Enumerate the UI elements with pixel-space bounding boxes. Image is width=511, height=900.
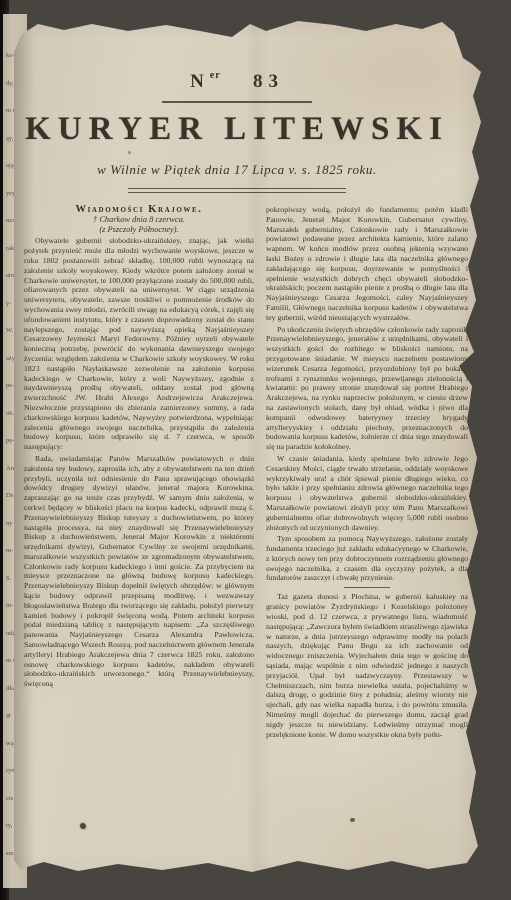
section-divider-rule bbox=[344, 587, 390, 588]
newspaper-title: KURYER LITEWSKI bbox=[22, 111, 452, 148]
article-paragraph: Taż gazeta donosi z Płochina, w gubernii… bbox=[266, 592, 468, 739]
right-column-news-item: Taż gazeta donosi z Płochina, w gubernii… bbox=[266, 592, 468, 739]
ink-blot bbox=[350, 818, 355, 822]
article-paragraph: Tym sposobem za pomocą Naywyższego, zało… bbox=[266, 534, 468, 583]
double-rule bbox=[128, 188, 346, 193]
article-source: (z Pszczoły Północney). bbox=[24, 225, 254, 235]
red-speck-stain bbox=[128, 151, 131, 154]
news-column-left: Wiadomości Krajowe. † Charkow dnia 8 cze… bbox=[24, 205, 254, 767]
section-heading: Wiadomości Krajowe. bbox=[24, 205, 254, 215]
ink-blot bbox=[80, 823, 86, 829]
newspaper-page: Ner 83 KURYER LITEWSKI w Wilnie w Piątek… bbox=[0, 0, 511, 900]
article-paragraph: W czasie śniadania, kiedy spełniane było… bbox=[266, 454, 468, 532]
issue-number-value: 83 bbox=[253, 71, 284, 92]
article-paragraph: Rada, uwiadamiając Panów Marszałków powi… bbox=[24, 454, 254, 689]
issue-label: N bbox=[190, 71, 210, 92]
article-paragraph: pokropiwszy wodą, położył do fundamentu;… bbox=[266, 205, 468, 323]
right-column-paragraphs: pokropiwszy wodą, położył do fundamentu;… bbox=[266, 205, 468, 583]
left-column-paragraphs: Obywatele gubernii słobodzko-ukraińskiey… bbox=[24, 236, 254, 689]
issue-label-superscript: er bbox=[210, 70, 221, 81]
article-dateline: † Charkow dnia 8 czerwca. bbox=[24, 215, 254, 225]
article-paragraph: Obywatele gubernii słobodzko-ukraińskiey… bbox=[24, 236, 254, 452]
header-rule bbox=[162, 101, 312, 103]
news-column-right: pokropiwszy wodą, położył do fundamentu;… bbox=[266, 205, 468, 767]
article-paragraph: Po ukończeniu świętych obrzędów członkow… bbox=[266, 325, 468, 452]
masthead: Ner 83 KURYER LITEWSKI w Wilnie w Piątek… bbox=[22, 0, 452, 193]
article-body: Wiadomości Krajowe. † Charkow dnia 8 cze… bbox=[24, 205, 468, 767]
issue-dateline: w Wilnie w Piątek dnia 17 Lipca v. s. 18… bbox=[22, 162, 452, 178]
issue-number: Ner 83 bbox=[22, 0, 452, 93]
